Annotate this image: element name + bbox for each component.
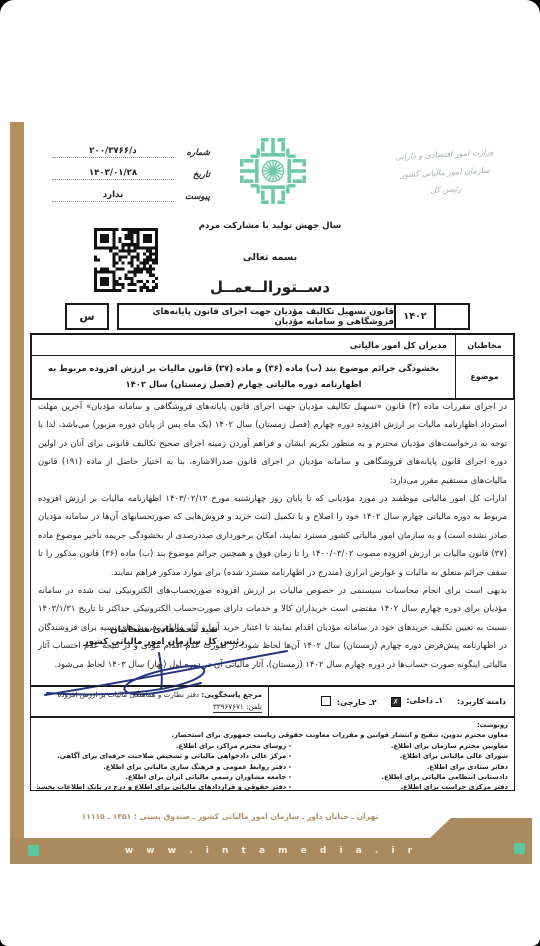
external-checkbox-icon	[321, 696, 331, 706]
signer-name: سید محمدهادی سبحانیان	[59, 625, 269, 635]
category-code-box: س	[65, 303, 109, 330]
document-type-title: دســتورالــعمــل	[0, 278, 540, 296]
besmele-text: بسمه تعالی	[0, 252, 540, 263]
field-date: تاریخ ۱۴۰۳/۰۱/۲۸	[52, 168, 210, 180]
scope-external: ۲ـ خارجی:	[321, 696, 377, 707]
date-value: ۱۴۰۳/۰۱/۲۸	[52, 168, 174, 180]
scope-reference-row: مرجع پاسخگویی: دفتر نظارت و هماهنگی مالی…	[30, 686, 515, 717]
footer-bar-notch	[428, 818, 532, 840]
footer-teal-square-left	[28, 845, 39, 856]
copies-box: رونوشت: معاون محترم تدوین، تنقیح و انتشا…	[30, 717, 515, 791]
copies-item: دادستانی انتظامی مالیاتی برای اطلاع.	[291, 772, 508, 782]
empty-number-cell	[436, 305, 468, 328]
scope-internal: ۱ـ داخلی: ✗	[391, 696, 443, 708]
body-paragraph-1: در اجرای مقررات ماده (۳) قانون «تسهیل تک…	[38, 397, 507, 489]
footer-bar: w w w . i n t a m e d i a . i r	[10, 838, 532, 864]
copies-item: - روسای محترم مراکز، برای اطلاع.	[37, 741, 291, 751]
info-table: مخاطبان مدیران کل امور مالیاتی موضوع بخش…	[30, 333, 515, 400]
subject-value: بخشودگی جرائم موضوع بند (ب) ماده (۳۶) و …	[32, 356, 455, 398]
attachment-value: ندارد	[52, 190, 174, 202]
field-attachment: پیوست ندارد	[52, 190, 210, 202]
meta-row-table: س قانون تسهیل تکالیف مؤدیان جهت اجرای قا…	[65, 303, 470, 330]
subject-label: موضوع	[455, 356, 513, 398]
copies-grid: معاونین محترم سازمان برای اطلاع. - روسای…	[37, 741, 508, 793]
copies-item: - دفتر روابط عمومی و فرهنگ سازی مالیاتی …	[37, 762, 291, 772]
copies-item: - جامعه مشاوران رسمی مالیاتی ایران برای …	[37, 772, 291, 782]
footer-teal-square-right	[514, 843, 525, 854]
attachment-label: پیوست	[174, 192, 210, 202]
number-value: د/۲۰۰/۳۷۶۶	[52, 146, 174, 158]
reference-phone: تلفن: ۳۳۹۶۷۶۷۱	[213, 701, 262, 714]
internal-checkbox-icon: ✗	[391, 697, 401, 707]
copies-first-line: معاون محترم تدوین، تنقیح و انتشار قوانین…	[37, 730, 508, 740]
scope-cell: دامنه کاربرد: ۱ـ داخلی: ✗ ۲ـ خارجی:	[269, 687, 514, 716]
reference-label: مرجع پاسخگویی:	[201, 690, 262, 699]
copies-item: - مرکز عالی دادخواهی مالیاتی و تشخیص صلا…	[37, 751, 291, 761]
body-box: در اجرای مقررات ماده (۳) قانون «تسهیل تک…	[30, 393, 515, 686]
meta-main-box: قانون تسهیل تکالیف مؤدیان جهت اجرای قانو…	[117, 303, 470, 330]
copies-item: دفاتر ستادی برای اطلاع.	[291, 762, 508, 772]
year-slogan: سال جهش تولید با مشارکت مردم	[0, 221, 540, 231]
reference-cell: مرجع پاسخگویی: دفتر نظارت و هماهنگی مالی…	[31, 687, 269, 716]
copies-label: رونوشت:	[37, 720, 508, 730]
date-label: تاریخ	[174, 170, 210, 180]
postal-address: تهران ـ خیابان داور ـ سازمان امور مالیات…	[0, 812, 460, 821]
number-label: شماره	[174, 148, 210, 158]
signature-block: سید محمدهادی سبحانیان رئیس کل سازمان امو…	[59, 625, 269, 647]
tax-organization-emblem-icon	[230, 136, 316, 206]
recipients-row: مخاطبان مدیران کل امور مالیاتی	[32, 335, 513, 355]
subject-row: موضوع بخشودگی جرائم موضوع بند (ب) ماده (…	[32, 355, 513, 398]
recipients-label: مخاطبان	[455, 335, 513, 355]
letter-meta-fields: شماره د/۲۰۰/۳۷۶۶ تاریخ ۱۴۰۳/۰۱/۲۸ پیوست …	[52, 146, 210, 212]
copies-item: دفتر مرکزی حراست برای اطلاع.	[291, 782, 508, 792]
body-paragraph-2: ادارات کل امور مالیاتی موظفند در مورد مؤ…	[38, 489, 507, 581]
copies-item: - دفتر حقوقی و قراردادهای مالیاتی برای ا…	[37, 782, 291, 792]
copies-item: معاونین محترم سازمان برای اطلاع.	[291, 741, 508, 751]
left-border-stripe	[10, 122, 24, 862]
year-cell: ۱۴۰۲	[394, 305, 436, 328]
reference-office: دفتر نظارت و هماهنگی مالیات بر ارزش افزو…	[58, 690, 199, 699]
scope-label: دامنه کاربرد:	[457, 697, 506, 706]
recipients-value: مدیران کل امور مالیاتی	[32, 335, 455, 355]
letterhead-calligraphy: وزارت امور اقتصادی و دارایی سازمان امور …	[379, 143, 512, 203]
copies-item: شورای عالی مالیاتی برای اطلاع.	[291, 751, 508, 761]
law-title-cell: قانون تسهیل تکالیف مؤدیان جهت اجرای قانو…	[119, 305, 394, 328]
document-page: وزارت امور اقتصادی و دارایی سازمان امور …	[0, 0, 540, 946]
field-number: شماره د/۲۰۰/۳۷۶۶	[52, 146, 210, 158]
website-url: w w w . i n t a m e d i a . i r	[125, 846, 417, 856]
